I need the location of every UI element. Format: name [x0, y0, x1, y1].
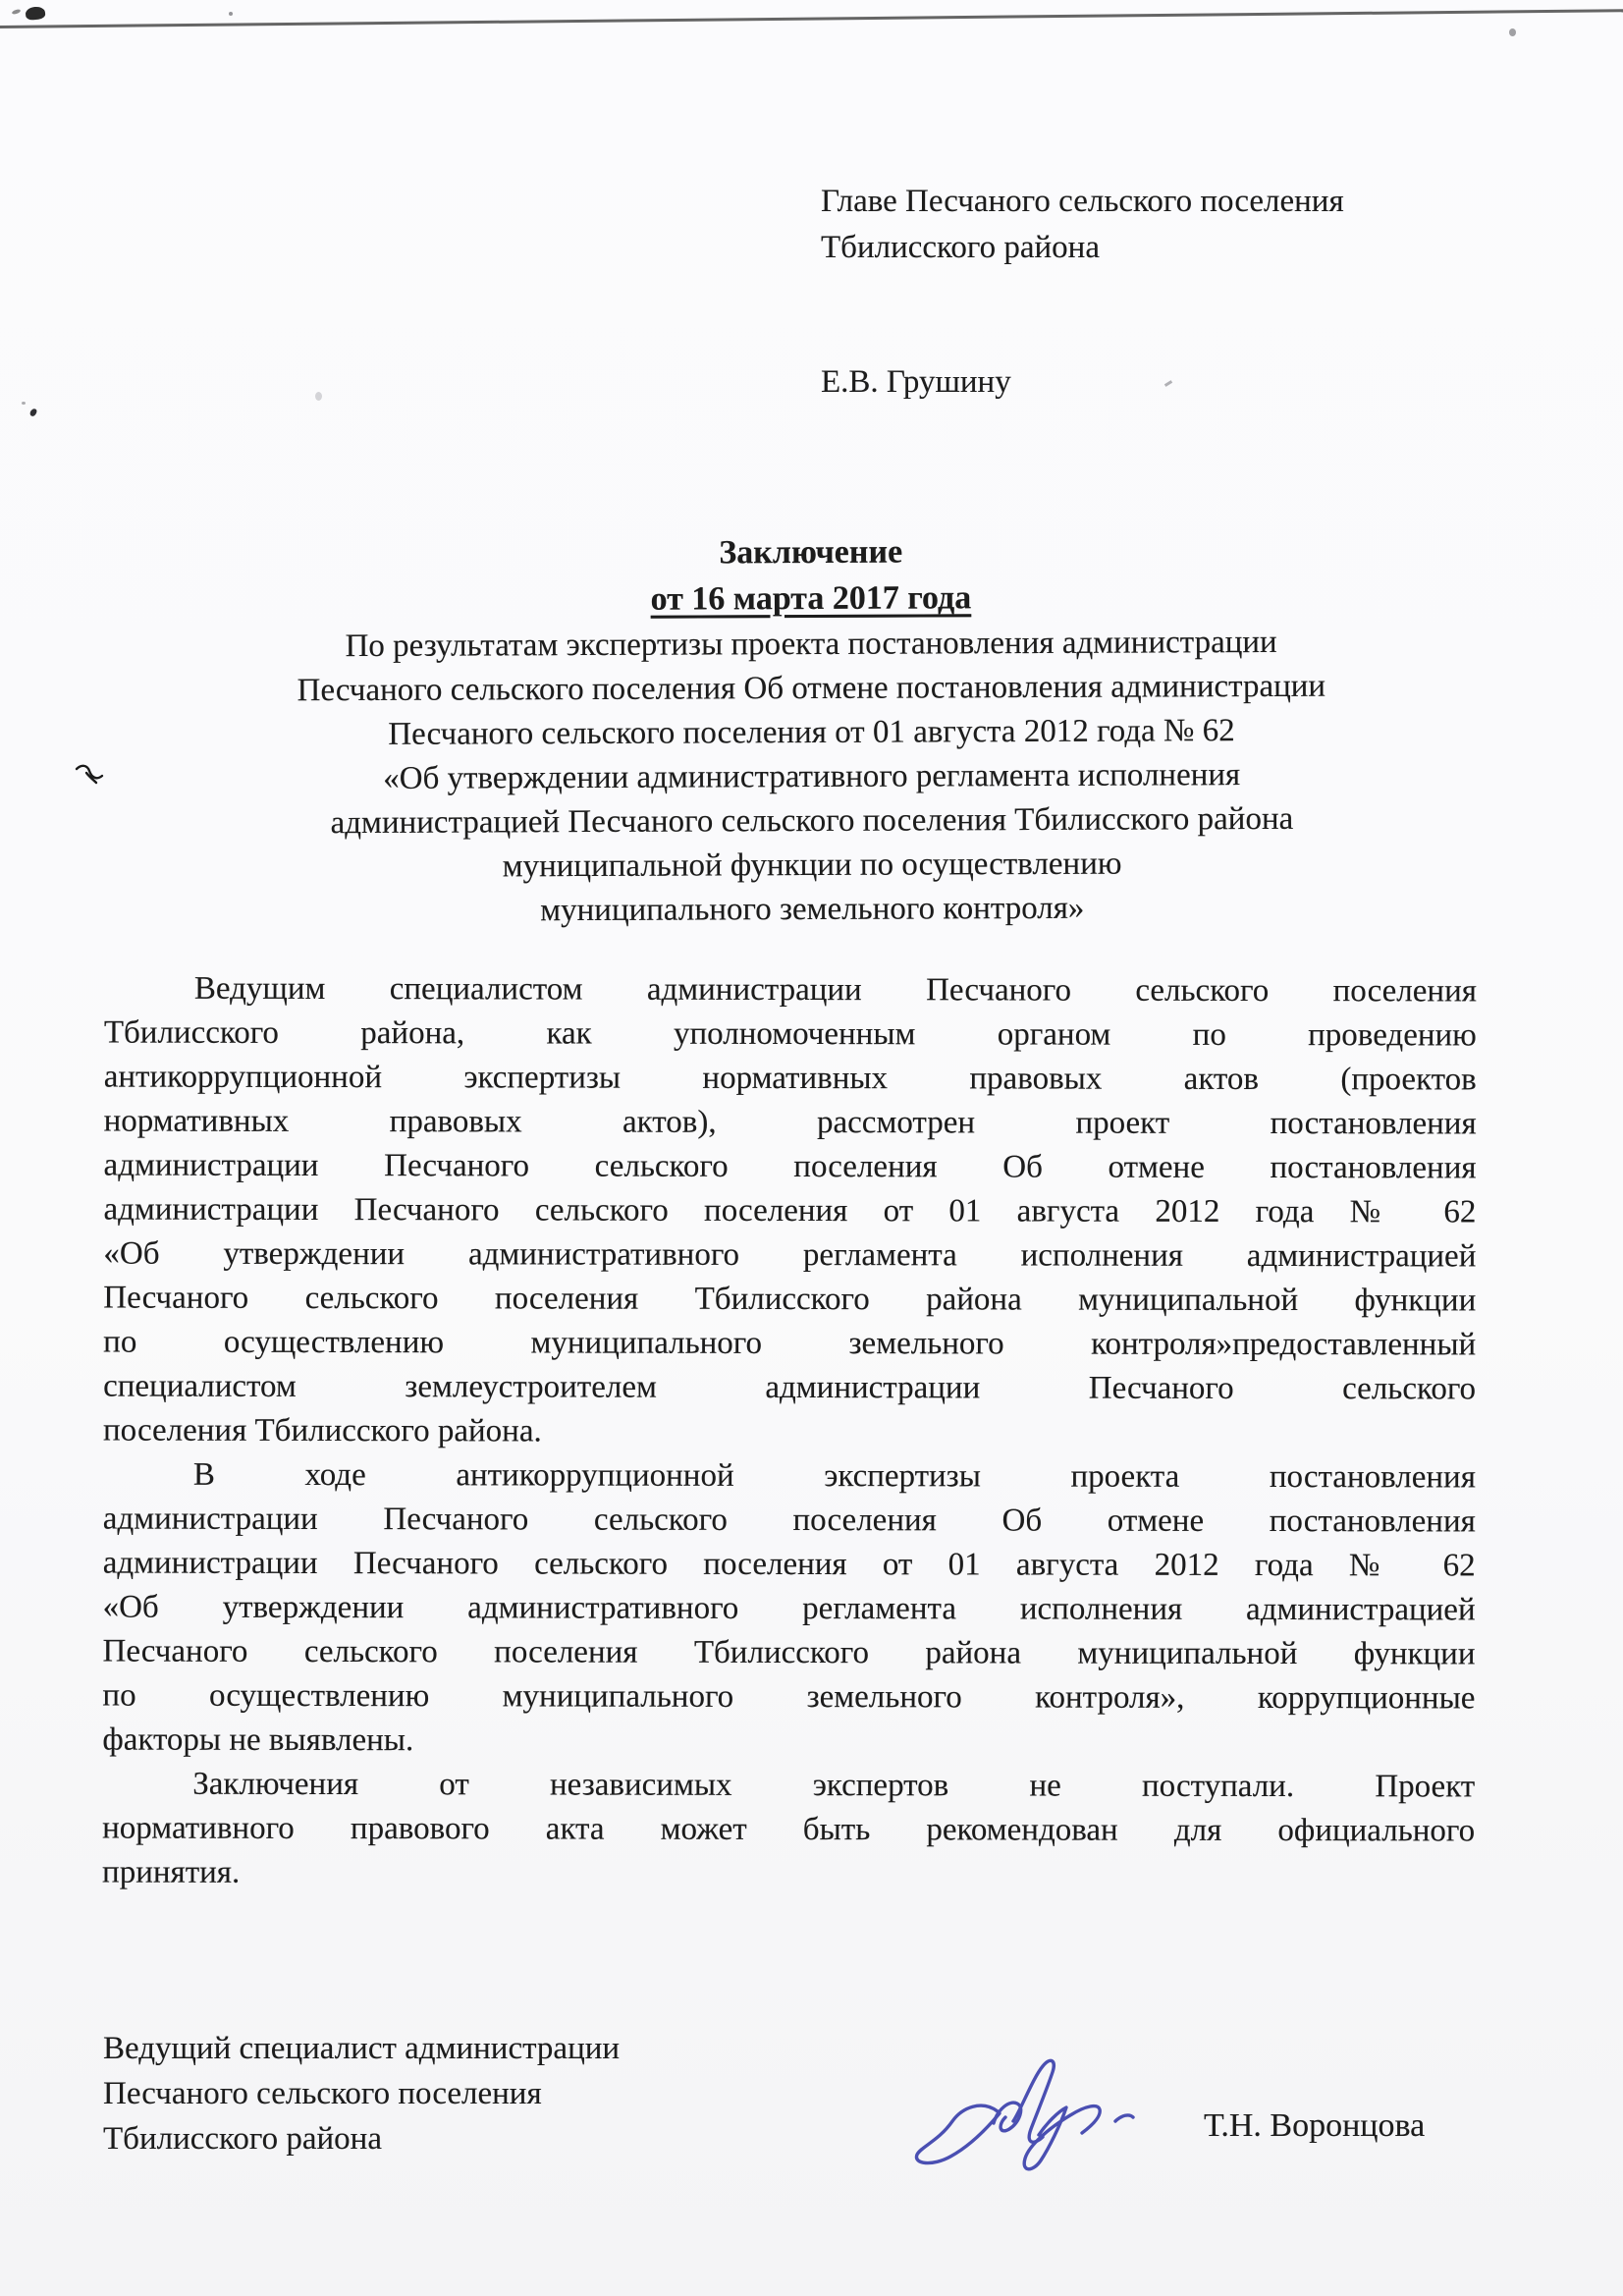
signer-name: Т.Н. Воронцова: [1204, 2106, 1425, 2146]
scan-artifact-speck: [22, 402, 26, 405]
paragraph-line: «Об утверждении административного реглам…: [103, 1232, 1476, 1280]
paragraph-line: антикоррупционной экспертизы нормативных…: [104, 1056, 1477, 1103]
scan-artifact-dot: [1509, 28, 1516, 36]
paragraph-line: факторы не выявлены.: [102, 1719, 1475, 1766]
paragraph-line: нормативного правового акта может быть р…: [102, 1807, 1475, 1854]
paragraph-line: В ходе антикоррупционной экспертизы прое…: [103, 1453, 1476, 1501]
document-body: Ведущим специалистом администрации Песча…: [102, 967, 1477, 1898]
addressee-line: Главе Песчаного сельского поселения: [821, 179, 1508, 225]
scan-artifact-ink-blob: [25, 6, 45, 21]
paragraph-line: Песчаного сельского поселения Тбилисског…: [103, 1277, 1476, 1324]
paragraph-line: администрации Песчаного сельского поселе…: [104, 1144, 1477, 1191]
paragraph-line: по осуществлению муниципального земельно…: [103, 1321, 1476, 1368]
subject-line: «Об утверждении административного реглам…: [0, 751, 1623, 802]
subject-line: По результатам экспертизы проекта постан…: [0, 619, 1623, 670]
signer-role-line: Ведущий специалист администрации: [103, 2026, 790, 2071]
paragraph-line: по осуществлению муниципального земельно…: [102, 1674, 1475, 1722]
scanned-document-page: Главе Песчаного сельского поселения Тбил…: [0, 0, 1623, 2296]
paragraph-line: Песчаного сельского поселения Тбилисског…: [102, 1630, 1475, 1677]
signature-ink: [903, 2050, 1168, 2188]
paragraph-line: Тбилисского района, как уполномоченным о…: [104, 1011, 1477, 1059]
paragraph-line: принятия.: [102, 1851, 1475, 1898]
signer-role-block: Ведущий специалист администрации Песчано…: [103, 2026, 790, 2161]
document-title: Заключение: [0, 526, 1622, 578]
paragraph-line: администрации Песчаного сельского поселе…: [103, 1498, 1476, 1545]
addressee-block: Главе Песчаного сельского поселения Тбил…: [821, 179, 1508, 271]
signer-role-line: Тбилисского района: [103, 2116, 790, 2161]
addressee-line: Тбилисского района: [821, 225, 1508, 271]
paragraph-line: специалистом землеустроителем администра…: [103, 1365, 1476, 1412]
subject-line: Песчаного сельского поселения Об отмене …: [0, 663, 1623, 714]
scan-artifact-spot: [315, 392, 322, 401]
signer-role-line: Песчаного сельского поселения: [103, 2071, 790, 2116]
document-heading-block: Заключение от 16 марта 2017 года По резу…: [0, 526, 1623, 935]
subject-line: Песчаного сельского поселения от 01 авгу…: [0, 707, 1623, 758]
document-subject: По результатам экспертизы проекта постан…: [0, 619, 1623, 935]
paragraph-line: администрации Песчаного сельского поселе…: [103, 1188, 1476, 1235]
subject-line: муниципальной функции по осуществлению: [1, 840, 1623, 891]
paragraph-line: нормативных правовых актов), рассмотрен …: [104, 1100, 1477, 1147]
subject-line: муниципального земельного контроля»: [1, 884, 1623, 935]
paragraph-line: Ведущим специалистом администрации Песча…: [104, 967, 1477, 1014]
scan-artifact-top-edge-line: [0, 9, 1623, 28]
paragraph-line: Заключения от независимых экспертов не п…: [102, 1763, 1475, 1810]
scan-artifact-dot: [229, 12, 233, 16]
paragraph-line: «Об утверждении административного реглам…: [103, 1586, 1476, 1633]
paragraph-line: администрации Песчаного сельского поселе…: [103, 1542, 1476, 1589]
paragraph-line: поселения Тбилисского района.: [103, 1409, 1476, 1456]
subject-line: администрацией Песчаного сельского посел…: [0, 795, 1623, 847]
addressee-name: Е.В. Грушину: [821, 359, 1312, 406]
document-date: от 16 марта 2017 года: [0, 572, 1623, 626]
scan-artifact-speck: [29, 408, 38, 417]
scan-artifact-ink-blob-tail: [12, 9, 22, 16]
